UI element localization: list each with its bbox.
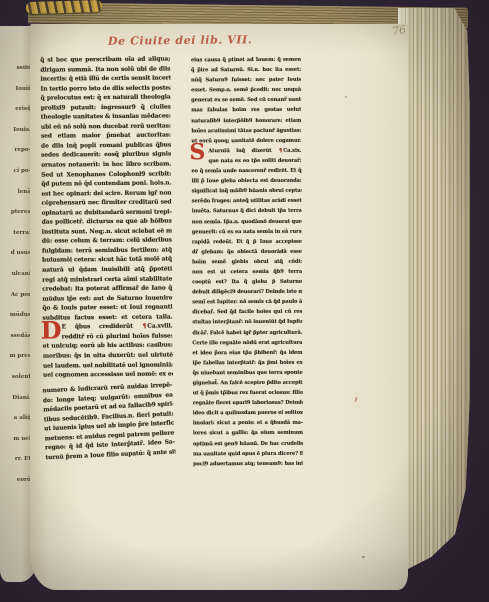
facing-text-fragment: lenā [1, 182, 31, 203]
ink-speck [362, 556, 365, 558]
text-line: rapidā redeūt. Et q̃ p̃ Ioue accepisse [192, 236, 302, 247]
text-line: ma uanitate quid opus ē plura dicere? Ho… [193, 448, 303, 459]
text-line: q̃ si hoc que perscribam oīa ad aliqua; [40, 54, 170, 65]
text-column-left: q̃ si hoc que perscribam oīa ad aliqua;d… [40, 54, 173, 456]
text-line: q̃s uiuebant seminibus que terra sponte [193, 368, 303, 379]
text-line: debuit diligēci9 deuorari? Deinde isto m… [192, 287, 302, 298]
facing-text-fragment: rr. Et [1, 449, 31, 470]
text-line: eo q̃ semĩa unde nascerenr̃ redirēt. Et … [191, 166, 301, 177]
text-line: poci9 aduertamus atq; teneam9: has inter… [193, 458, 303, 469]
ink-speck [345, 96, 347, 98]
text-column-right: eius causa q̃ ptinet ad Iouem: q̃ semenq… [191, 55, 303, 469]
facing-text-fragment: repo- [1, 140, 31, 161]
text-line: uel cognomen accessisse uel nomē: ex eor… [43, 369, 173, 380]
text-line: imolari: sicut a penis: et a q̃busdā ma- [193, 418, 303, 429]
text-line: iores sicut a gallis: q̃a oīum seminum [193, 428, 303, 439]
facing-text-fragment: mūdus [1, 305, 31, 326]
text-line: que nata ex eo tp̃e soliti deuorar̃: [191, 156, 301, 167]
text-line: Aturniū inq̃ dixerūt ¶Ca.xix. [191, 146, 301, 157]
ink-speck [354, 397, 357, 402]
facing-text-fragment: terra: [1, 223, 31, 244]
text-line: dicebar̃. Sed q̃d facile hoīes qui cū re… [192, 307, 302, 318]
text-line: esset. Semp.n. semē p̃cedit: nec unquā [191, 85, 301, 96]
text-line: gignebat̃. An falcē sceptro p̃dito accep… [193, 378, 303, 389]
facing-text-fragment: Diani. [1, 388, 31, 409]
text-line: generat ex se semē. Sed cū conanr̃ uanis… [191, 95, 301, 106]
facing-text-fragment: ssedās [1, 326, 31, 347]
facing-text-fragment: solent [1, 367, 31, 388]
folio-number: 76 [391, 23, 407, 38]
text-line: naturā ui q̃dam inuisibili atq̃ p̃potēti [42, 264, 172, 275]
text-line: serēdo fruges: anteq̃ utilitas arādi ess… [192, 196, 302, 207]
facing-text-fragment: Iouir̃ [1, 79, 31, 100]
text-line: significat inq̃ māib9 hūanis obrui cepta… [192, 186, 302, 197]
facing-text-fragment: ci po- [1, 161, 31, 182]
facing-text-fragment: erisq̃ [1, 99, 31, 120]
text-line: stultas interp̃tanr̃: nō inueniūt q̃d Iu… [192, 317, 302, 328]
facing-text-fragment: m pres [1, 346, 31, 367]
running-title: De Ciuite dei lib. VII. [108, 33, 252, 48]
text-line: genuerit: cū ex ea nata semĩa in eā rurs… [192, 226, 302, 237]
facing-text-fragment: ssibi [1, 58, 31, 79]
text-line: non est ut cetera semĩa q̃b9 terra [192, 267, 302, 278]
text-line: inuēta. Saturnus q̃ dici debuit ip̃a ter… [192, 206, 302, 217]
facing-text-fragment: Iouis. [1, 120, 31, 141]
text-line: dr̃ glebam: q̃o obiectā deuorādā esse [192, 246, 302, 257]
fore-edge-page-stack [398, 8, 470, 574]
text-line: hoīm semē glebis obrui atq̃ cōdi: [192, 257, 302, 268]
text-line: regnāte fieret opari9 laboriosus? Deinde [193, 398, 303, 409]
text-line: Certe illo regnāte nōdū erat agricultura… [192, 337, 302, 348]
headband [26, 0, 102, 14]
text-line: optimū est gen9 hūanū. De hac crudelissi… [193, 438, 303, 449]
facing-text-fragment: d usus [1, 243, 31, 264]
chapter-initial-s: S [189, 143, 205, 162]
text-line: ut eorū quoq; uanitatē dolere cogamur. [191, 135, 301, 146]
facing-page-text: ssibiIouir̃erisq̃Iouis.repo-ci po-lenāpt… [1, 58, 31, 490]
text-line: q̃ p̃ire ad Saturnū. Si.n. hoc ita esset… [191, 65, 301, 76]
curved-text-tail: numero & ludicrarū rerū auidas irrepē-do… [42, 380, 175, 462]
facing-text-fragment: a aliq̃ [1, 408, 31, 429]
text-line: semĩ est Iupiter: nō semĩs cā q̃d paulo … [192, 297, 302, 308]
pilcrow-mark: ¶ [142, 323, 148, 330]
text-line: dicār̃. Falcē habet igr̃ p̃pter agricult… [192, 327, 302, 338]
text-line: eius causa q̃ ptinet ad Iouem: q̃ semen [191, 55, 301, 66]
text-line: nūq̃ Saturn9 fuisset: nec pater Iouis [191, 75, 301, 86]
text-line: ip̃e fabellas interp̃tatr̃: q̃a p̃mi hoī… [193, 358, 303, 369]
text-line: illi p̃ Ioue gleba obiecta est deuoranda… [192, 176, 302, 187]
text-line: naturalib9 interp̃ōib9 honorare: etiam [191, 115, 301, 126]
book-photograph: ssibiIouir̃erisq̃Iouis.repo-ci po-lenāpt… [0, 0, 489, 602]
manuscript-page: De Ciuite dei lib. VII. 76 q̃ si hoc que… [30, 24, 408, 590]
text-line: cooptū est? Ita q̃ gleba p̃ Saturno [192, 277, 302, 288]
facing-text-fragment: Ac por [1, 285, 31, 306]
facing-text-fragment: pterea [1, 202, 31, 223]
pilcrow-mark: ¶ [278, 148, 283, 154]
text-line: et ideo p̃ora eius tp̃a p̃hibenr̃: q̃a i… [192, 347, 302, 358]
text-line: hoīes acutissimi tātas paciunr̃ āgustias… [191, 125, 301, 136]
text-line: ideo dicit a quibusdam pueros ei solitos [193, 408, 303, 419]
text-line: non semĩa. Ip̃a.n. quodāmō deuorat que [192, 216, 302, 227]
facing-text-fragment: ulcani [1, 264, 31, 285]
text-line: mas fabulas hoīm res gestas uelut [191, 105, 301, 116]
facing-text-fragment: m uel [1, 429, 31, 450]
facing-text-fragment: eorū [1, 470, 31, 491]
text-line: moribus: q̃s in uita duxerūt: uel uirtut… [43, 350, 173, 361]
text-line: ornatos notauerīt: in hoc libro scribam. [41, 159, 171, 170]
text-line: ut q̃ p̃mis tp̃ibus rex fuerat ociosus: … [193, 388, 303, 399]
chapter-initial-d: D [41, 320, 62, 341]
